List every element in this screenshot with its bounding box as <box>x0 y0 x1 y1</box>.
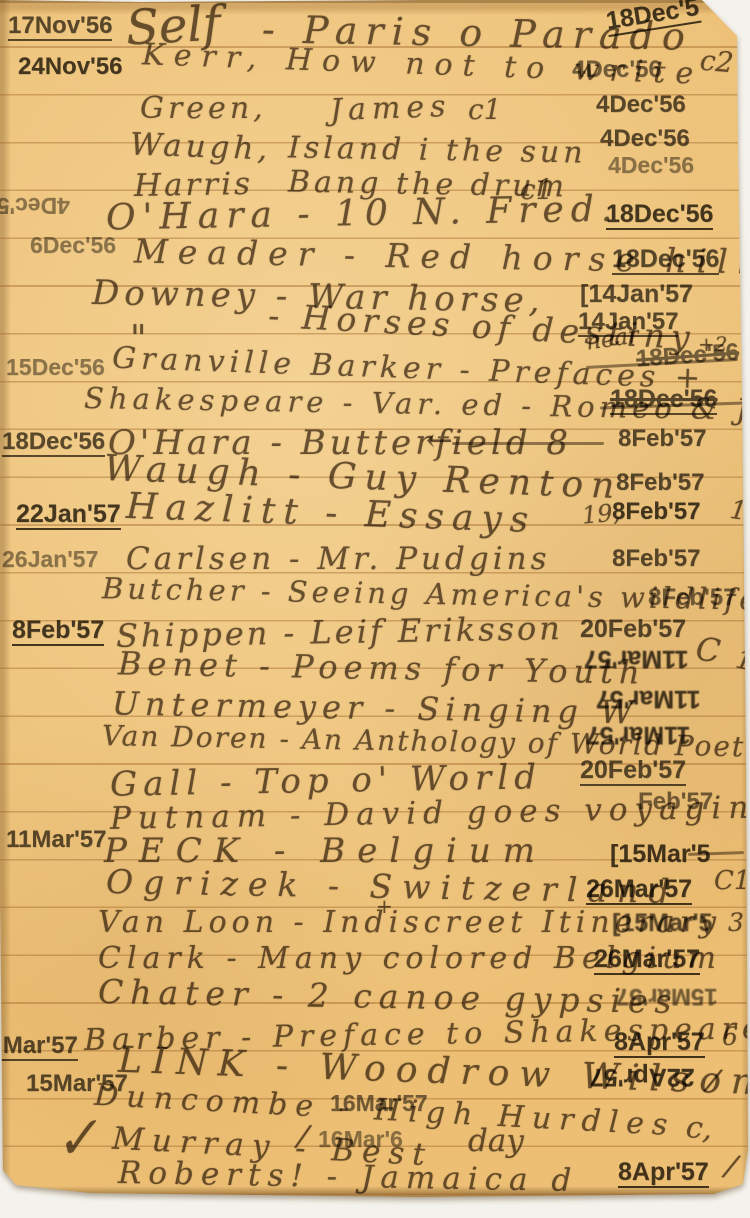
pencil-mark: 1 <box>728 497 748 525</box>
pencil-mark: 19, <box>581 500 621 527</box>
date-stamp: 11Mar'57 <box>6 828 106 852</box>
pencil-mark: c2 <box>699 47 735 78</box>
date-stamp: 20Feb'57 <box>580 617 686 642</box>
handwritten-entry: Putnam - David goes voyaging <box>110 792 750 835</box>
date-stamp: 8Feb'57 <box>12 618 104 646</box>
pencil-line <box>452 442 604 445</box>
date-stamp: 8Apr'57 <box>618 1160 709 1188</box>
date-stamp: 4Dec'56 <box>608 154 694 177</box>
checkmark: ✓ <box>50 1109 102 1169</box>
pencil-mark: 1 <box>733 647 750 676</box>
card-shadow-wrap: 17Nov'5624Nov'564Dec'566Dec'5615Dec'5618… <box>0 0 750 1200</box>
handwritten-entry: James <box>330 92 452 126</box>
handwritten-entry: O'Hara - 10 N. Fred. <box>106 192 620 237</box>
date-stamp: 8Feb'57 <box>612 547 700 571</box>
date-stamp: 18Dec'56 <box>606 202 713 230</box>
pencil-line <box>688 851 744 855</box>
handwritten-entry: Chater - 2 canoe gypsies <box>98 975 679 1018</box>
handwritten-entry: Roberts! - Jamaica d <box>118 1158 579 1197</box>
handwritten-entry: Green, <box>140 94 267 124</box>
date-stamp: 6Dec'56 <box>30 234 116 257</box>
pencil-mark: / <box>723 1151 739 1182</box>
date-stamp: 8Feb'57 <box>618 427 706 451</box>
handwritten-entry: Butcher - Seeing America's wildlife <box>102 574 750 614</box>
handwritten-entry: c1 <box>468 96 502 124</box>
date-stamp: 24Nov'56 <box>18 55 122 79</box>
date-stamp: 26Jan'57 <box>2 548 98 571</box>
handwritten-entry: Van Doren - An Anthology of World Poetry <box>102 722 750 762</box>
pencil-mark: ← <box>426 424 453 456</box>
date-stamp: 17Nov'56 <box>8 14 112 41</box>
date-stamp: 8Feb'57 <box>612 500 700 524</box>
pencil-mark: C <box>694 633 722 667</box>
date-stamp: 18Dec'56 <box>2 430 105 457</box>
scan-background: 17Nov'5624Nov'564Dec'566Dec'5615Dec'5618… <box>0 0 750 1218</box>
handwritten-entry: Van Loon - Indiscreet Itinerary <box>98 908 721 938</box>
handwritten-entry: Clark - Many colored Belgium <box>98 944 722 974</box>
date-stamp: [14Jan'57 <box>580 282 693 307</box>
handwritten-entry: Benet - Poems for Youth <box>118 647 646 688</box>
date-stamp: 4Dec'56 <box>0 194 70 217</box>
date-stamp: 4Dec'56 <box>600 127 690 151</box>
library-date-card: 17Nov'5624Nov'564Dec'566Dec'5615Dec'5618… <box>0 0 750 1197</box>
handwritten-entry: Island i the sun <box>288 133 587 168</box>
handwritten-entry: c, <box>685 1113 714 1145</box>
pencil-mark: +2 <box>698 334 727 354</box>
date-stamp: 15Dec'56 <box>6 356 105 379</box>
date-stamp: 22Jan'57 <box>16 502 121 530</box>
handwritten-entry: Carlsen - Mr. Pudgins <box>126 544 551 575</box>
handwritten-entry: day <box>468 1126 524 1157</box>
date-stamp: 4Dec'56 <box>596 93 686 117</box>
pencil-mark: 6 <box>722 1024 738 1049</box>
handwritten-entry: Waugh, <box>130 130 272 166</box>
handwritten-entry: Meader - Red horse hill <box>134 235 750 279</box>
pencil-mark: C1 <box>714 868 750 894</box>
date-stamp: 8Feb'57 <box>616 471 704 495</box>
date-stamp: 20Feb'57 <box>580 758 686 786</box>
pencil-mark: + <box>376 896 393 916</box>
date-stamp: |Mar'57 <box>0 1034 78 1061</box>
pencil-mark: 3 <box>728 910 744 935</box>
